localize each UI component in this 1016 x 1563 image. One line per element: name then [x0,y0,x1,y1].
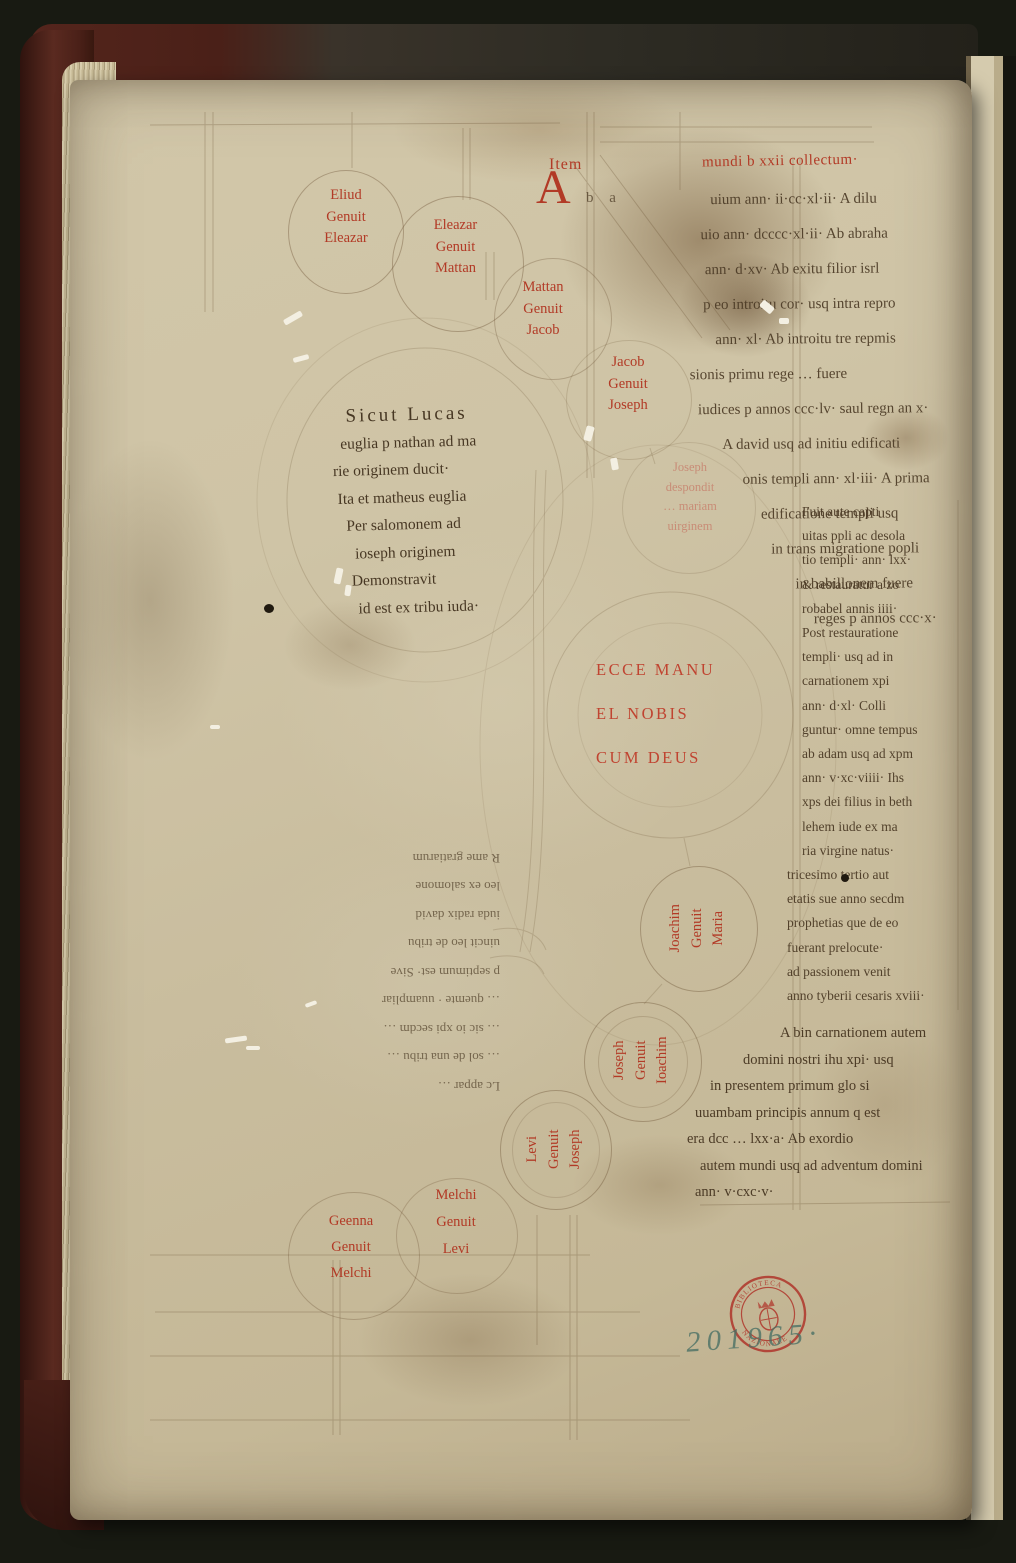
text-line: R ame gratiarum [310,844,500,873]
text-line: CUM DEUS [596,736,756,780]
text-line: p septimum est· Sive [310,958,500,987]
text-line: onis templi ann· xl·iii· A prima [742,461,985,498]
text-line: templi· usq ad in [802,645,992,669]
text-line: Eleazar [296,228,396,250]
text-line: Jacob [488,320,598,342]
damage-speck [210,725,220,729]
text-line: ann· d·xv· Ab exitu filior isrl [705,251,984,288]
text-line: Genuit [572,374,684,396]
text-line: Genuit [630,1015,652,1105]
text-line: Genuit [543,1104,565,1194]
inverted-marginalia: Lc appar …… sol de una tribu …… sic io x… [310,842,500,1100]
text-line: sionis primu rege … fuere [690,356,985,394]
roundel-geenna: GeennaGenuitMelchi [292,1208,410,1286]
text-line: … sic io xpi secdm … [310,1015,500,1044]
roundel-joseph-despondit: Josephdespondit… mariamuirginem [628,458,752,536]
roundel-ecce-manuel: ECCE MANUEL NOBISCUM DEUS [596,648,756,780]
text-line: ann· v·xc·viiii· Ihs [802,766,992,790]
decorated-initial-A: A [536,164,571,212]
text-line: Eleazar [398,215,513,237]
text-line: autem mundi usq ad adventum domini [700,1153,995,1180]
manuscript-photo: Item A b a mundi b xxii collectum· Sicut… [0,0,1016,1563]
text-line: xps dei filius in beth [802,790,992,814]
text-line: ad passionem venit [787,960,992,984]
text-line: p eo introitu cor· usq intra repro [703,286,984,323]
ink-blot [841,874,849,882]
text-line: era dcc … lxx·a· Ab exordio [687,1126,995,1153]
ink-blot [264,604,274,613]
text-line: Melchi [400,1182,512,1209]
text-line: id est ex tribu iuda· [358,589,571,622]
text-line: lehem iude ex ma [802,815,992,839]
text-line: Joseph [565,1104,587,1194]
text-line: etatis sue anno secdm [787,887,992,911]
text-line: robabel annis iiii· [802,597,992,621]
text-line: Genuit [296,207,396,229]
text-line: & restauratur a zo [802,573,992,597]
text-line: … sol de una tribu … [310,1043,500,1072]
text-line: ann· d·xl· Colli [802,694,992,718]
text-line: prophetias que de eo [787,911,992,935]
text-line: fuerant prelocute· [787,936,992,960]
roundel-eliud: EliudGenuitEleazar [296,185,396,250]
text-line: Genuit [488,299,598,321]
text-line: guntur· omne tempus [802,718,992,742]
text-line: Genuit [292,1234,410,1260]
text-line: domini nostri ihu xpi· usq [743,1047,995,1074]
text-line: Joseph [609,1015,631,1105]
text-line: Levi [522,1104,544,1194]
text-line: uitas ppli ac desola [802,524,992,548]
text-line: A david usq ad initiu edificati [722,426,985,463]
roundel-levi: LeviGenuitJoseph [522,1104,587,1194]
damage-speck [246,1046,260,1050]
text-line: Jacob [572,352,684,374]
text-line: Eliud [296,185,396,207]
chronicle-column-bottom: A bin carnationem autemdomini nostri ihu… [695,1020,995,1206]
text-line: Lc appar … [310,1072,500,1101]
text-line: Genuit [686,883,708,973]
damage-speck [779,318,789,324]
text-line: Joachim [665,883,687,973]
text-line: uincit leo de tribu [310,929,500,958]
text-line: Post restauratione [802,621,992,645]
text-line: Genuit [398,237,513,259]
text-line: … quemte · uuampliar [310,986,500,1015]
text-line: iudices p annos ccc·lv· saul regn an x· [698,391,985,429]
text-line: ria virgine natus· [802,839,992,863]
text-line: ab adam usq ad xpm [802,742,992,766]
roundel-joseph-ioachim: JosephGenuitIoachim [609,1015,674,1105]
roundel-melchi: MelchiGenuitLevi [400,1182,512,1263]
text-line: … mariam [628,497,752,517]
text-line: Joseph [572,395,684,417]
text-line: Levi [400,1236,512,1263]
text-line: Maria [708,883,730,973]
text-line: anno tyberii cesaris xviii· [787,984,992,1008]
roundel-joachim: JoachimGenuitMaria [665,883,730,973]
text-line: tricesimo tertio aut [787,863,992,887]
text-line: despondit [628,478,752,498]
text-line: in presentem primum glo si [710,1073,995,1100]
text-line: A bin carnationem autem [780,1020,995,1047]
text-line: tio templi· ann· lxx· [802,548,992,572]
text-line: iuda radix david [310,901,500,930]
roundel-mattan: MattanGenuitJacob [488,277,598,342]
roundel-jacob: JacobGenuitJoseph [572,352,684,417]
text-line: Joseph [628,458,752,478]
text-line: uium ann· ii·cc·xl·ii· A dilu [710,181,983,218]
text-line: EL NOBIS [596,692,756,736]
text-line: uio ann· dcccc·xl·ii· Ab abraha [700,216,983,253]
text-line: Melchi [292,1260,410,1286]
roundel-eleazar: EleazarGenuitMattan [398,215,513,280]
text-line: ECCE MANU [596,648,756,692]
text-line: Fuit aute capti [802,500,992,524]
text-line: carnationem xpi [802,669,992,693]
text-line: ann· v·cxc·v· [695,1179,995,1206]
text-line: uirginem [628,517,752,537]
text-line: Genuit [400,1209,512,1236]
initial-continuation: b a [586,190,622,207]
text-line: uuambam principis annum q est [695,1100,995,1127]
text-line: Geenna [292,1208,410,1234]
text-line: leo ex salomone [310,872,500,901]
text-line: Mattan [488,277,598,299]
text-line: ann· xl· Ab introitu tre repmis [715,321,984,358]
text-line: Ioachim [652,1015,674,1105]
chronicle-column-narrow: Fuit aute captiuitas ppli ac desolatio t… [802,500,992,1008]
sicut-lucas-paragraph: Sicut Lucaseuglia p nathan ad marie orig… [335,397,571,623]
